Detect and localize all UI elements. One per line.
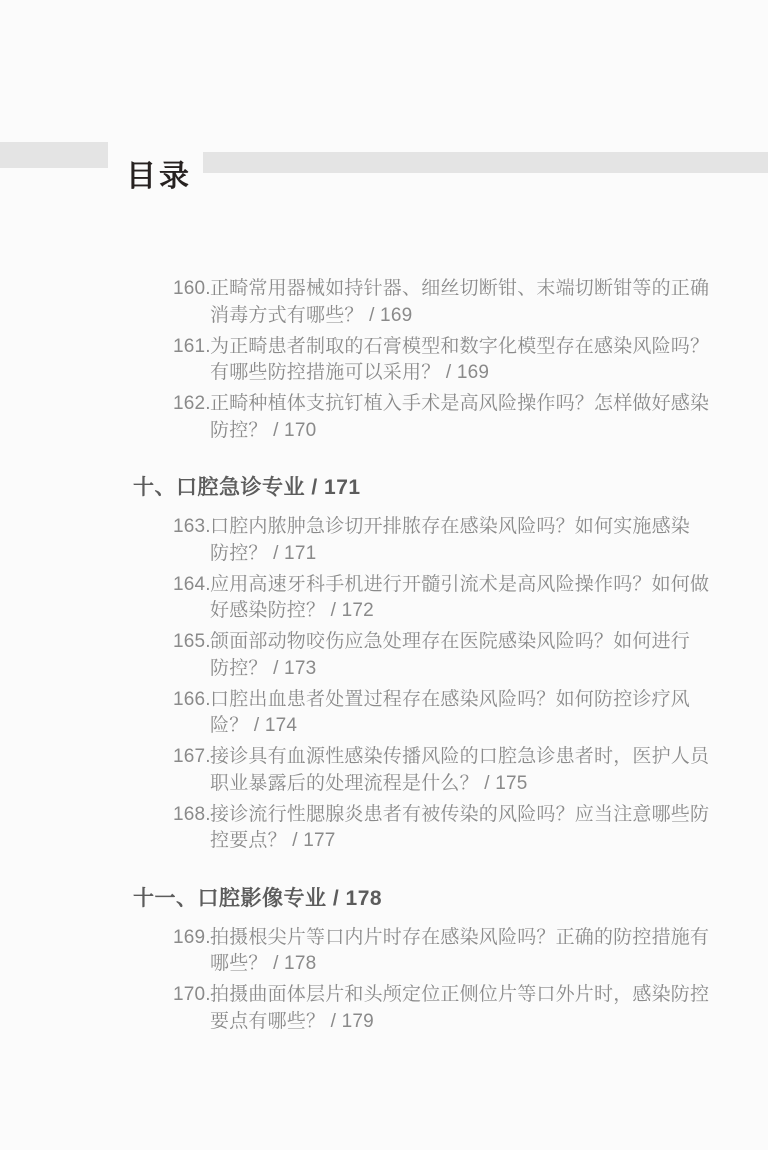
entry-line: 防控？ / 171 (210, 541, 718, 568)
entry-page-number: 172 (342, 600, 374, 621)
page-separator: / (268, 420, 284, 441)
entry-line: 接诊具有血源性感染传播风险的口腔急诊患者时，医护人员 (210, 744, 718, 771)
entry-page-number: 169 (380, 305, 412, 326)
section-page-number: 178 (346, 887, 383, 910)
page-separator: / (325, 600, 341, 621)
entry-line-text: 哪些？ (210, 953, 268, 974)
entry-number: 163. (173, 514, 211, 541)
entry-page-number: 169 (457, 362, 489, 383)
entry-line-text: 职业暴露后的处理流程是什么？ (210, 773, 479, 794)
entry-line: 防控？ / 173 (210, 656, 718, 683)
entry-line-text: 消毒方式有哪些？ (210, 305, 364, 326)
section-label: 十、口腔急诊专业 (133, 476, 305, 499)
entry-number: 160. (173, 276, 211, 303)
toc-entry: 166.口腔出血患者处置过程存在感染风险吗？如何防控诊疗风险？ / 174 (173, 687, 718, 740)
section-label: 十一、口腔影像专业 (133, 887, 327, 910)
toc-entry: 163.口腔内脓肿急诊切开排脓存在感染风险吗？如何实施感染防控？ / 171 (173, 514, 718, 567)
entry-line-text: 为正畸患者制取的石膏模型和数字化模型存在感染风险吗？ (210, 336, 709, 357)
page-separator: / (268, 543, 284, 564)
page-separator: / (268, 953, 284, 974)
toc-entry: 169.拍摄根尖片等口内片时存在感染风险吗？正确的防控措施有哪些？ / 178 (173, 925, 718, 978)
toc-entry: 164.应用高速牙科手机进行开髓引流术是高风险操作吗？如何做好感染防控？ / 1… (173, 572, 718, 625)
entry-line-text: 接诊流行性腮腺炎患者有被传染的风险吗？应当注意哪些防 (210, 804, 709, 825)
entry-line: 正畸种植体支抗钉植入手术是高风险操作吗？怎样做好感染 (210, 391, 718, 418)
entry-line: 好感染防控？ / 172 (210, 598, 718, 625)
entry-line: 口腔内脓肿急诊切开排脓存在感染风险吗？如何实施感染 (210, 514, 718, 541)
entry-line-text: 险？ (210, 715, 248, 736)
page-separator: / (479, 773, 495, 794)
entry-page-number: 174 (265, 715, 297, 736)
entry-number: 164. (173, 572, 211, 599)
entry-page-number: 179 (342, 1011, 374, 1032)
entry-page-number: 175 (495, 773, 527, 794)
entry-line-text: 正畸种植体支抗钉植入手术是高风险操作吗？怎样做好感染 (210, 393, 709, 414)
entry-line: 为正畸患者制取的石膏模型和数字化模型存在感染风险吗？ (210, 334, 718, 361)
page-title: 目录 (126, 161, 192, 193)
entry-line-text: 控要点？ (210, 830, 287, 851)
entry-line-text: 要点有哪些？ (210, 1011, 325, 1032)
entry-line-text: 拍摄根尖片等口内片时存在感染风险吗？正确的防控措施有 (210, 927, 709, 948)
entry-page-number: 171 (284, 543, 316, 564)
entry-line: 应用高速牙科手机进行开髓引流术是高风险操作吗？如何做 (210, 572, 718, 599)
entry-number: 170. (173, 982, 211, 1009)
entry-line: 职业暴露后的处理流程是什么？ / 175 (210, 771, 718, 798)
header-rule-right (203, 152, 768, 173)
page-separator: / (440, 362, 456, 383)
entry-line: 险？ / 174 (210, 713, 718, 740)
entry-line-text: 防控？ (210, 543, 268, 564)
page-separator: / (327, 887, 346, 910)
toc-entry: 170.拍摄曲面体层片和头颅定位正侧位片等口外片时，感染防控要点有哪些？ / 1… (173, 982, 718, 1035)
entry-number: 167. (173, 744, 211, 771)
page-separator: / (325, 1011, 341, 1032)
entry-line: 正畸常用器械如持针器、细丝切断钳、末端切断钳等的正确 (210, 276, 718, 303)
entry-line: 接诊流行性腮腺炎患者有被传染的风险吗？应当注意哪些防 (210, 802, 718, 829)
toc-entry: 167.接诊具有血源性感染传播风险的口腔急诊患者时，医护人员职业暴露后的处理流程… (173, 744, 718, 797)
entry-line-text: 口腔出血患者处置过程存在感染风险吗？如何防控诊疗风 (210, 689, 690, 710)
entry-page-number: 178 (284, 953, 316, 974)
entry-line-text: 正畸常用器械如持针器、细丝切断钳、末端切断钳等的正确 (210, 278, 709, 299)
entry-line: 拍摄曲面体层片和头颅定位正侧位片等口外片时，感染防控 (210, 982, 718, 1009)
entry-page-number: 177 (303, 830, 335, 851)
entry-number: 161. (173, 334, 211, 361)
toc-entry: 161.为正畸患者制取的石膏模型和数字化模型存在感染风险吗？有哪些防控措施可以采… (173, 334, 718, 387)
entry-line: 哪些？ / 178 (210, 951, 718, 978)
toc-entry: 165.颌面部动物咬伤应急处理存在医院感染风险吗？如何进行防控？ / 173 (173, 629, 718, 682)
entry-line-text: 有哪些防控措施可以采用？ (210, 362, 440, 383)
toc-entry: 168.接诊流行性腮腺炎患者有被传染的风险吗？应当注意哪些防控要点？ / 177 (173, 802, 718, 855)
header-rule-left (0, 142, 108, 168)
entry-line-text: 防控？ (210, 658, 268, 679)
toc-list: 160.正畸常用器械如持针器、细丝切断钳、末端切断钳等的正确消毒方式有哪些？ /… (173, 276, 718, 1040)
entry-line: 要点有哪些？ / 179 (210, 1009, 718, 1036)
page-separator: / (364, 305, 380, 326)
entry-line: 控要点？ / 177 (210, 828, 718, 855)
entry-line-text: 好感染防控？ (210, 600, 325, 621)
entry-line-text: 接诊具有血源性感染传播风险的口腔急诊患者时，医护人员 (210, 746, 709, 767)
toc-entry: 160.正畸常用器械如持针器、细丝切断钳、末端切断钳等的正确消毒方式有哪些？ /… (173, 276, 718, 329)
entry-page-number: 170 (284, 420, 316, 441)
entry-line-text: 防控？ (210, 420, 268, 441)
page-separator: / (268, 658, 284, 679)
section-page-number: 171 (324, 476, 361, 499)
page-separator: / (305, 476, 324, 499)
entry-number: 166. (173, 687, 211, 714)
entry-line: 消毒方式有哪些？ / 169 (210, 303, 718, 330)
page-separator: / (287, 830, 303, 851)
entry-line: 口腔出血患者处置过程存在感染风险吗？如何防控诊疗风 (210, 687, 718, 714)
entry-number: 168. (173, 802, 211, 829)
entry-number: 165. (173, 629, 211, 656)
entry-number: 162. (173, 391, 211, 418)
entry-line: 拍摄根尖片等口内片时存在感染风险吗？正确的防控措施有 (210, 925, 718, 952)
entry-line: 有哪些防控措施可以采用？ / 169 (210, 360, 718, 387)
entry-page-number: 173 (284, 658, 316, 679)
entry-number: 169. (173, 925, 211, 952)
section-heading: 十、口腔急诊专业 / 171 (133, 472, 718, 504)
entry-line-text: 颌面部动物咬伤应急处理存在医院感染风险吗？如何进行 (210, 631, 690, 652)
entry-line: 颌面部动物咬伤应急处理存在医院感染风险吗？如何进行 (210, 629, 718, 656)
section-heading: 十一、口腔影像专业 / 178 (133, 883, 718, 915)
toc-entry: 162.正畸种植体支抗钉植入手术是高风险操作吗？怎样做好感染防控？ / 170 (173, 391, 718, 444)
toc-page: 目录 160.正畸常用器械如持针器、细丝切断钳、末端切断钳等的正确消毒方式有哪些… (0, 0, 768, 1150)
page-separator: / (248, 715, 264, 736)
entry-line-text: 口腔内脓肿急诊切开排脓存在感染风险吗？如何实施感染 (210, 516, 690, 537)
entry-line: 防控？ / 170 (210, 418, 718, 445)
entry-line-text: 拍摄曲面体层片和头颅定位正侧位片等口外片时，感染防控 (210, 984, 709, 1005)
entry-line-text: 应用高速牙科手机进行开髓引流术是高风险操作吗？如何做 (210, 574, 709, 595)
